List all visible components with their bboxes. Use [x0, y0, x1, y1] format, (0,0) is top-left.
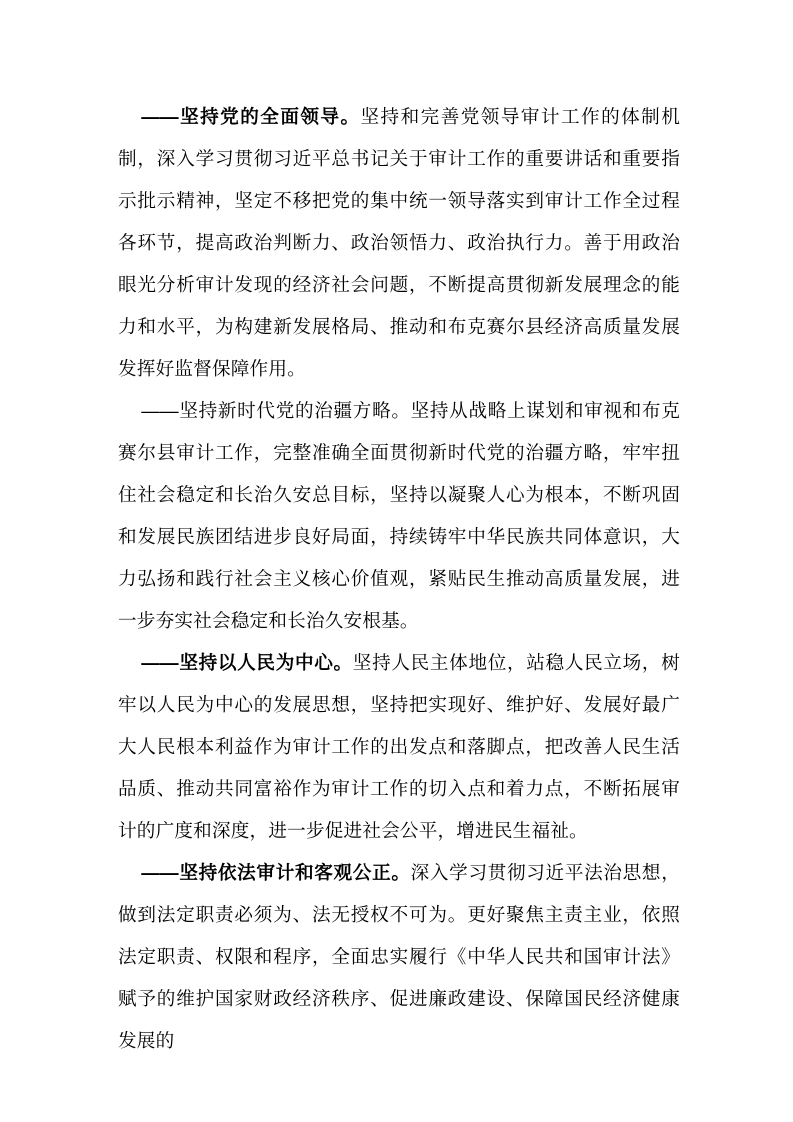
paragraph-lead: ——坚持新时代党的治疆方略。: [141, 400, 410, 421]
document-page: ——坚持党的全面领导。坚持和完善党领导审计工作的体制机制，深入学习贯彻习近平总书…: [0, 0, 793, 1122]
paragraph-text: 深入学习贯彻习近平法治思想，做到法定职责必须为、法无授权不可为。更好聚焦主责主业…: [118, 862, 680, 1051]
paragraph-text: 坚持人民主体地位，站稳人民立场，树牢以人民为中心的发展思想，坚持把实现好、维护好…: [118, 652, 680, 841]
paragraph-text: 坚持和完善党领导审计工作的体制机制，深入学习贯彻习近平总书记关于审计工作的重要讲…: [118, 106, 680, 379]
paragraph-lead: ——坚持依法审计和客观公正。: [141, 862, 410, 883]
paragraph-xinjiang-strategy: ——坚持新时代党的治疆方略。坚持从战略上谋划和审视和布克赛尔县审计工作，完整准确…: [118, 390, 680, 642]
paragraph-text: 坚持从战略上谋划和审视和布克赛尔县审计工作，完整准确全面贯彻新时代党的治疆方略，…: [118, 400, 680, 631]
paragraph-lawful-audit: ——坚持依法审计和客观公正。深入学习贯彻习近平法治思想，做到法定职责必须为、法无…: [118, 852, 680, 1062]
paragraph-lead: ——坚持以人民为中心。: [141, 652, 353, 673]
document-body: ——坚持党的全面领导。坚持和完善党领导审计工作的体制机制，深入学习贯彻习近平总书…: [118, 96, 680, 1062]
paragraph-adhere-party-leadership: ——坚持党的全面领导。坚持和完善党领导审计工作的体制机制，深入学习贯彻习近平总书…: [118, 96, 680, 390]
paragraph-lead: ——坚持党的全面领导。: [141, 106, 360, 127]
paragraph-people-centered: ——坚持以人民为中心。坚持人民主体地位，站稳人民立场，树牢以人民为中心的发展思想…: [118, 642, 680, 852]
